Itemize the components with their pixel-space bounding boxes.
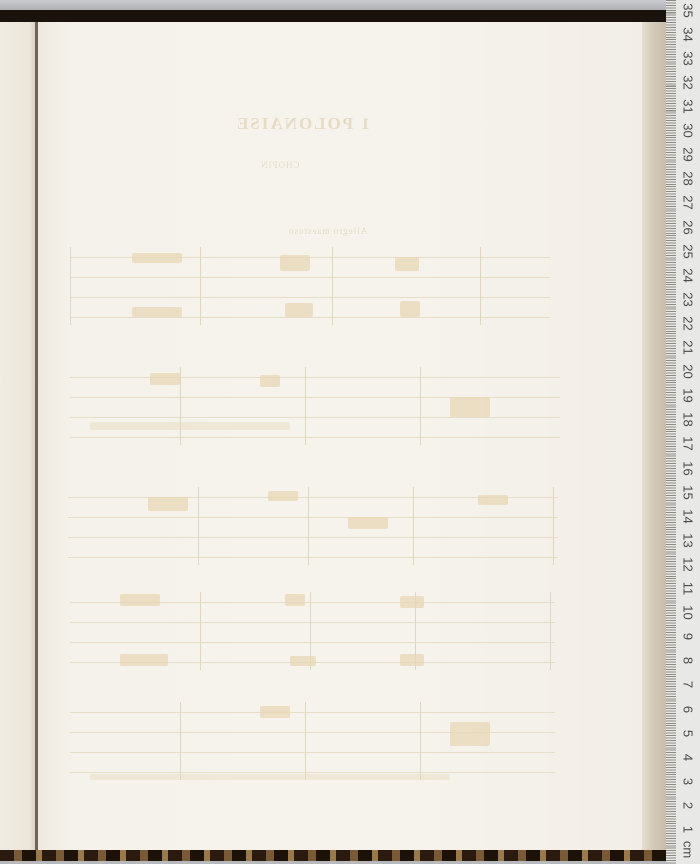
right-page: 1 POLONAISE CHOPIN Allegro maestoso: [38, 22, 642, 850]
bleed-tempo: Allegro maestoso: [288, 226, 367, 236]
ruler-number: 10: [681, 603, 696, 623]
book-cover-top-edge: [0, 10, 690, 22]
ruler-number: 3: [681, 771, 696, 791]
ruler-number: 23: [681, 289, 696, 309]
ruler-number: 14: [681, 506, 696, 526]
ruler-number: 26: [681, 217, 696, 237]
ruler-number: 4: [681, 747, 696, 767]
bleed-music-system-2: [70, 367, 560, 445]
ruler-number: 29: [681, 145, 696, 165]
ruler-number: 33: [681, 48, 696, 68]
bleed-composer: CHOPIN: [260, 160, 300, 170]
ruler-number: 35: [681, 0, 696, 20]
measuring-ruler: 1234567891011121314151617181920212223242…: [666, 0, 700, 864]
ruler-number: 15: [681, 482, 696, 502]
ruler-number: 24: [681, 265, 696, 285]
ruler-number: 32: [681, 72, 696, 92]
ruler-number: 34: [681, 24, 696, 44]
ruler-number: 31: [681, 97, 696, 117]
ruler-unit-label: cm: [681, 840, 696, 860]
ruler-number: 22: [681, 313, 696, 333]
ruler-number: 8: [681, 651, 696, 671]
ruler-number: 5: [681, 723, 696, 743]
ruler-number: 6: [681, 699, 696, 719]
ruler-number: 7: [681, 675, 696, 695]
ruler-number: 30: [681, 121, 696, 141]
ruler-number: 9: [681, 627, 696, 647]
ruler-number: 27: [681, 193, 696, 213]
ruler-number: 18: [681, 410, 696, 430]
ruler-number: 20: [681, 362, 696, 382]
ruler-number: 25: [681, 241, 696, 261]
bleed-title: 1 POLONAISE: [235, 114, 370, 134]
ruler-number: 21: [681, 338, 696, 358]
page-block-edges: [642, 22, 668, 850]
ruler-number: 1: [681, 820, 696, 840]
bleed-music-system-3: [68, 487, 558, 565]
ruler-number: 16: [681, 458, 696, 478]
bleed-music-system-5: [70, 702, 555, 780]
book-cover-bottom-edge: [0, 850, 690, 861]
bleed-music-system-1: [70, 247, 550, 325]
ruler-number: 13: [681, 530, 696, 550]
ruler-number: 19: [681, 386, 696, 406]
ruler-number: 17: [681, 434, 696, 454]
bleed-music-system-4: [70, 592, 555, 670]
ruler-number: 12: [681, 554, 696, 574]
left-page: [0, 22, 36, 850]
ruler-number: 28: [681, 169, 696, 189]
ruler-ticks: [666, 0, 676, 864]
ruler-number: 2: [681, 795, 696, 815]
ruler-number: 11: [681, 579, 696, 599]
